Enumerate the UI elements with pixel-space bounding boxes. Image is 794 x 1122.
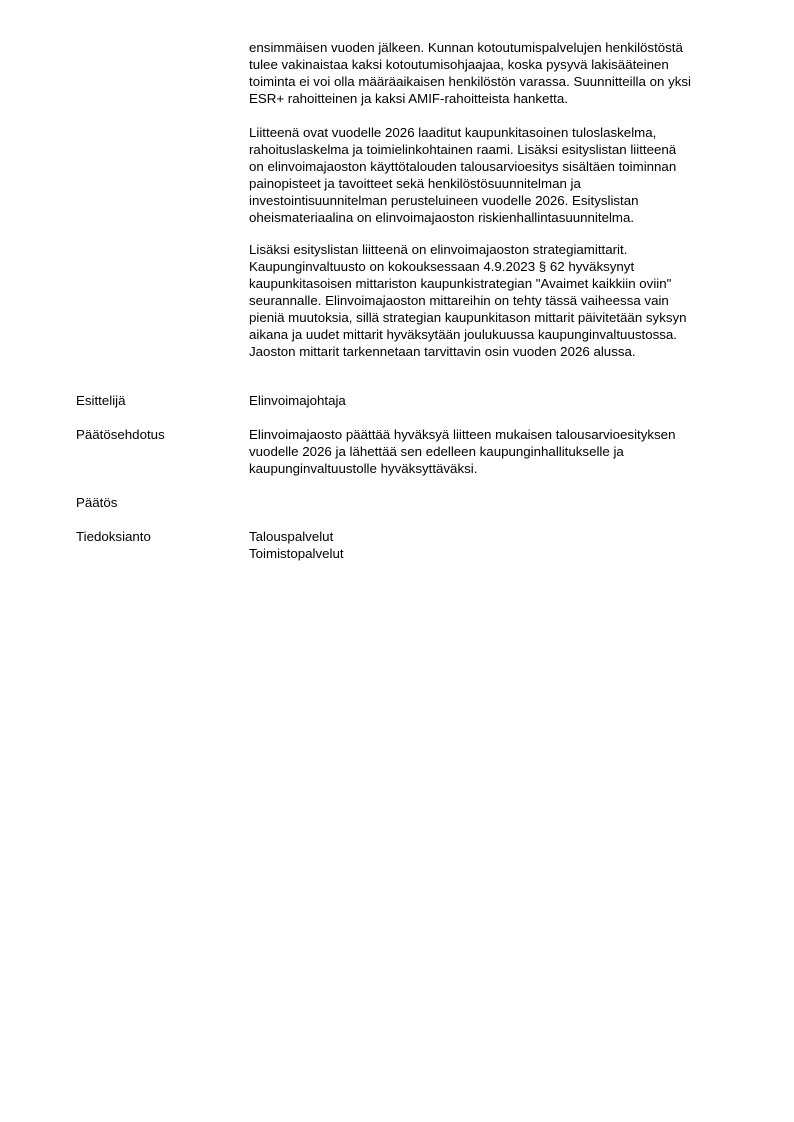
field-value-line: Elinvoimajaosto päättää hyväksyä liittee… bbox=[249, 426, 675, 443]
body-paragraph-attachments: Liitteenä ovat vuodelle 2026 laaditut ka… bbox=[249, 124, 749, 226]
paragraph-line: oheismateriaalina on elinvoimajaoston ri… bbox=[249, 209, 749, 226]
paragraph-line: Kaupunginvaltuusto on kokouksessaan 4.9.… bbox=[249, 258, 749, 275]
paragraph-line: toiminta ei voi olla määräaikaisen henki… bbox=[249, 73, 749, 90]
field-label: Tiedoksianto bbox=[76, 528, 151, 545]
field-value: Talouspalvelut Toimistopalvelut bbox=[249, 528, 344, 562]
paragraph-line: rahoituslaskelma ja toimielinkohtainen r… bbox=[249, 141, 749, 158]
field-value-line: Toimistopalvelut bbox=[249, 545, 344, 562]
paragraph-line: investointisuunnitelman perusteluineen v… bbox=[249, 192, 749, 209]
field-label: Esittelijä bbox=[76, 392, 126, 409]
field-label: Päätös bbox=[76, 494, 117, 511]
paragraph-text: Lisäksi esityslistan liitteenä on elinvo… bbox=[249, 241, 749, 360]
paragraph-line: Liitteenä ovat vuodelle 2026 laaditut ka… bbox=[249, 124, 749, 141]
paragraph-line: tulee vakinaistaa kaksi kotoutumisohjaaj… bbox=[249, 56, 749, 73]
field-value-line: kaupunginvaltuustolle hyväksyttäväksi. bbox=[249, 460, 675, 477]
field-label: Päätösehdotus bbox=[76, 426, 165, 443]
paragraph-line: aikana ja uudet mittarit hyväksytään jou… bbox=[249, 326, 749, 343]
body-paragraph-strategy-metrics: Lisäksi esityslistan liitteenä on elinvo… bbox=[249, 241, 749, 360]
paragraph-line: seurannalle. Elinvoimajaoston mittareihi… bbox=[249, 292, 749, 309]
paragraph-text: Liitteenä ovat vuodelle 2026 laaditut ka… bbox=[249, 124, 749, 226]
paragraph-line: Jaoston mittarit tarkennetaan tarvittavi… bbox=[249, 343, 749, 360]
field-value-line: Elinvoimajohtaja bbox=[249, 392, 346, 409]
paragraph-line: kaupunkitasoisen mittariston kaupunkistr… bbox=[249, 275, 749, 292]
field-value: Elinvoimajaosto päättää hyväksyä liittee… bbox=[249, 426, 675, 477]
paragraph-line: ESR+ rahoitteinen ja kaksi AMIF-rahoitte… bbox=[249, 90, 749, 107]
field-value: Elinvoimajohtaja bbox=[249, 392, 346, 409]
field-value-line: Talouspalvelut bbox=[249, 528, 344, 545]
document-page: ensimmäisen vuoden jälkeen. Kunnan kotou… bbox=[0, 0, 794, 1122]
paragraph-line: on elinvoimajaoston käyttötalouden talou… bbox=[249, 158, 749, 175]
paragraph-line: painopisteet ja tavoitteet sekä henkilös… bbox=[249, 175, 749, 192]
paragraph-line: Lisäksi esityslistan liitteenä on elinvo… bbox=[249, 241, 749, 258]
body-paragraph-integration-services: ensimmäisen vuoden jälkeen. Kunnan kotou… bbox=[249, 39, 749, 107]
paragraph-line: ensimmäisen vuoden jälkeen. Kunnan kotou… bbox=[249, 39, 749, 56]
field-value-line: vuodelle 2026 ja lähettää sen edelleen k… bbox=[249, 443, 675, 460]
paragraph-line: pieniä muutoksia, sillä strategian kaupu… bbox=[249, 309, 749, 326]
paragraph-text: ensimmäisen vuoden jälkeen. Kunnan kotou… bbox=[249, 39, 749, 107]
